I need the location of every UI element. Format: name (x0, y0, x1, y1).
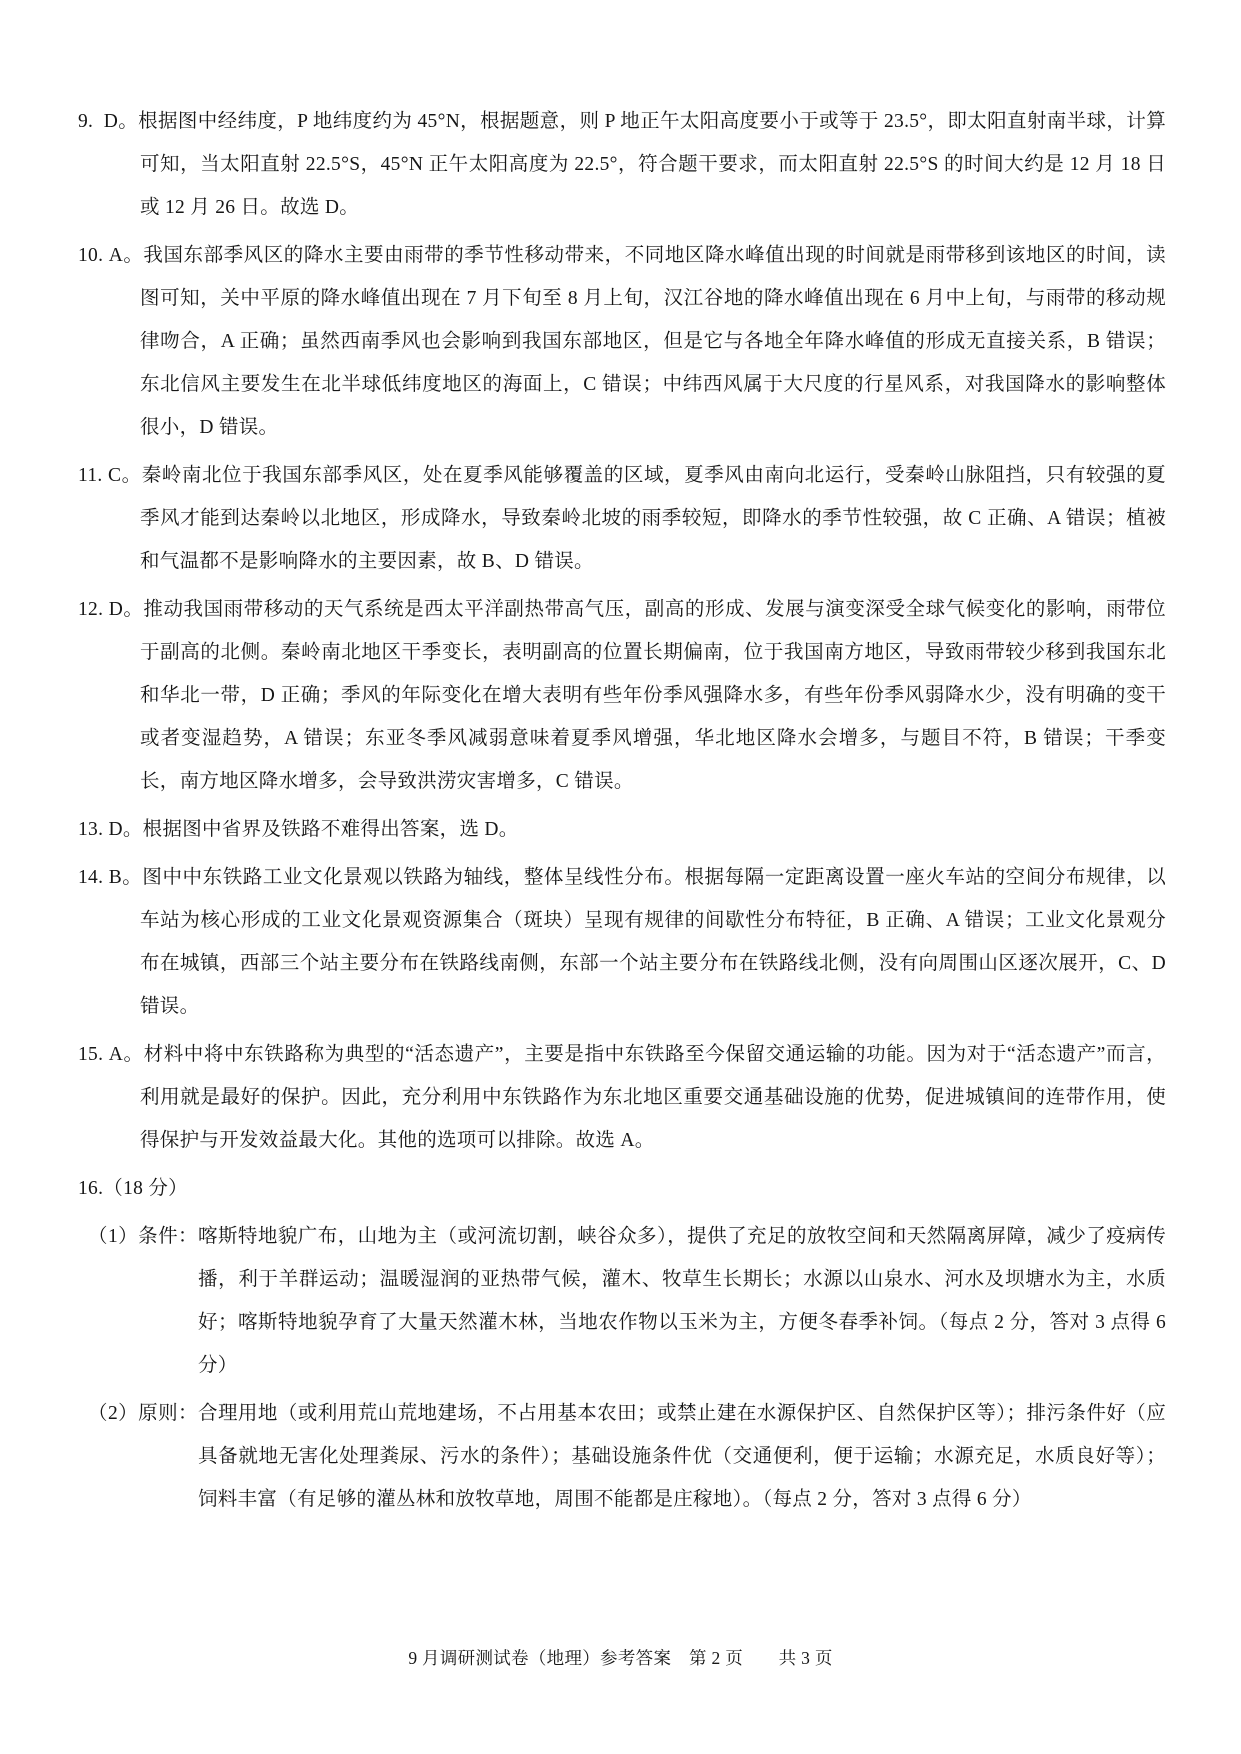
answer-sheet-page: 9. D。根据图中经纬度，P 地纬度约为 45°N，根据题意，则 P 地正午太阳… (0, 0, 1241, 1754)
answer-number-label: 10. A。 (78, 245, 143, 266)
question-16-header: 16.（18 分） (78, 1167, 1166, 1210)
answer-explanation: 推动我国雨带移动的天气系统是西太平洋副热带高气压，副高的形成、发展与演变深受全球… (140, 599, 1166, 792)
question-16-part-2: （2）原则：合理用地（或利用荒山荒地建场，不占用基本农田；或禁止建在水源保护区、… (78, 1392, 1166, 1521)
answer-number-label: 11. C。 (78, 465, 142, 486)
answer-explanation: 秦岭南北位于我国东部季风区，处在夏季风能够覆盖的区域，夏季风由南向北运行，受秦岭… (140, 465, 1166, 572)
answer-explanation: 材料中将中东铁路称为典型的“活态遗产”，主要是指中东铁路至今保留交通运输的功能。… (140, 1044, 1166, 1151)
page-footer: 9 月调研测试卷（地理）参考答案 第 2 页 共 3 页 (0, 1646, 1241, 1670)
answer-item-14: 14. B。图中中东铁路工业文化景观以铁路为轴线，整体呈线性分布。根据每隔一定距… (78, 856, 1166, 1028)
answer-item-11: 11. C。秦岭南北位于我国东部季风区，处在夏季风能够覆盖的区域，夏季风由南向北… (78, 454, 1166, 583)
answer-explanation: 根据图中经纬度，P 地纬度约为 45°N，根据题意，则 P 地正午太阳高度要小于… (138, 111, 1166, 218)
answer-number-label: 15. A。 (78, 1044, 144, 1065)
answer-explanation: 根据图中省界及铁路不难得出答案，选 D。 (143, 819, 519, 840)
answer-explanation: 我国东部季风区的降水主要由雨带的季节性移动带来，不同地区降水峰值出现的时间就是雨… (140, 245, 1166, 438)
part-label: （1）条件： (88, 1226, 198, 1247)
answer-number-label: 13. D。 (78, 819, 143, 840)
answer-number-label: 14. B。 (78, 867, 142, 888)
answer-item-13: 13. D。根据图中省界及铁路不难得出答案，选 D。 (78, 808, 1166, 851)
answer-item-10: 10. A。我国东部季风区的降水主要由雨带的季节性移动带来，不同地区降水峰值出现… (78, 234, 1166, 449)
answer-number-label: 12. D。 (78, 599, 143, 620)
question-16-part-1: （1）条件：喀斯特地貌广布，山地为主（或河流切割，峡谷众多），提供了充足的放牧空… (78, 1215, 1166, 1387)
part-label: （2）原则： (88, 1403, 198, 1424)
answers-content: 9. D。根据图中经纬度，P 地纬度约为 45°N，根据题意，则 P 地正午太阳… (78, 100, 1166, 1526)
answer-item-9: 9. D。根据图中经纬度，P 地纬度约为 45°N，根据题意，则 P 地正午太阳… (78, 100, 1166, 229)
answer-item-12: 12. D。推动我国雨带移动的天气系统是西太平洋副热带高气压，副高的形成、发展与… (78, 588, 1166, 803)
answer-item-15: 15. A。材料中将中东铁路称为典型的“活态遗产”，主要是指中东铁路至今保留交通… (78, 1033, 1166, 1162)
answer-explanation: 图中中东铁路工业文化景观以铁路为轴线，整体呈线性分布。根据每隔一定距离设置一座火… (140, 867, 1166, 1017)
part-answer-text: 合理用地（或利用荒山荒地建场，不占用基本农田；或禁止建在水源保护区、自然保护区等… (198, 1403, 1166, 1510)
answer-number-label: 9. D。 (78, 111, 138, 132)
part-answer-text: 喀斯特地貌广布，山地为主（或河流切割，峡谷众多），提供了充足的放牧空间和天然隔离… (198, 1226, 1166, 1376)
